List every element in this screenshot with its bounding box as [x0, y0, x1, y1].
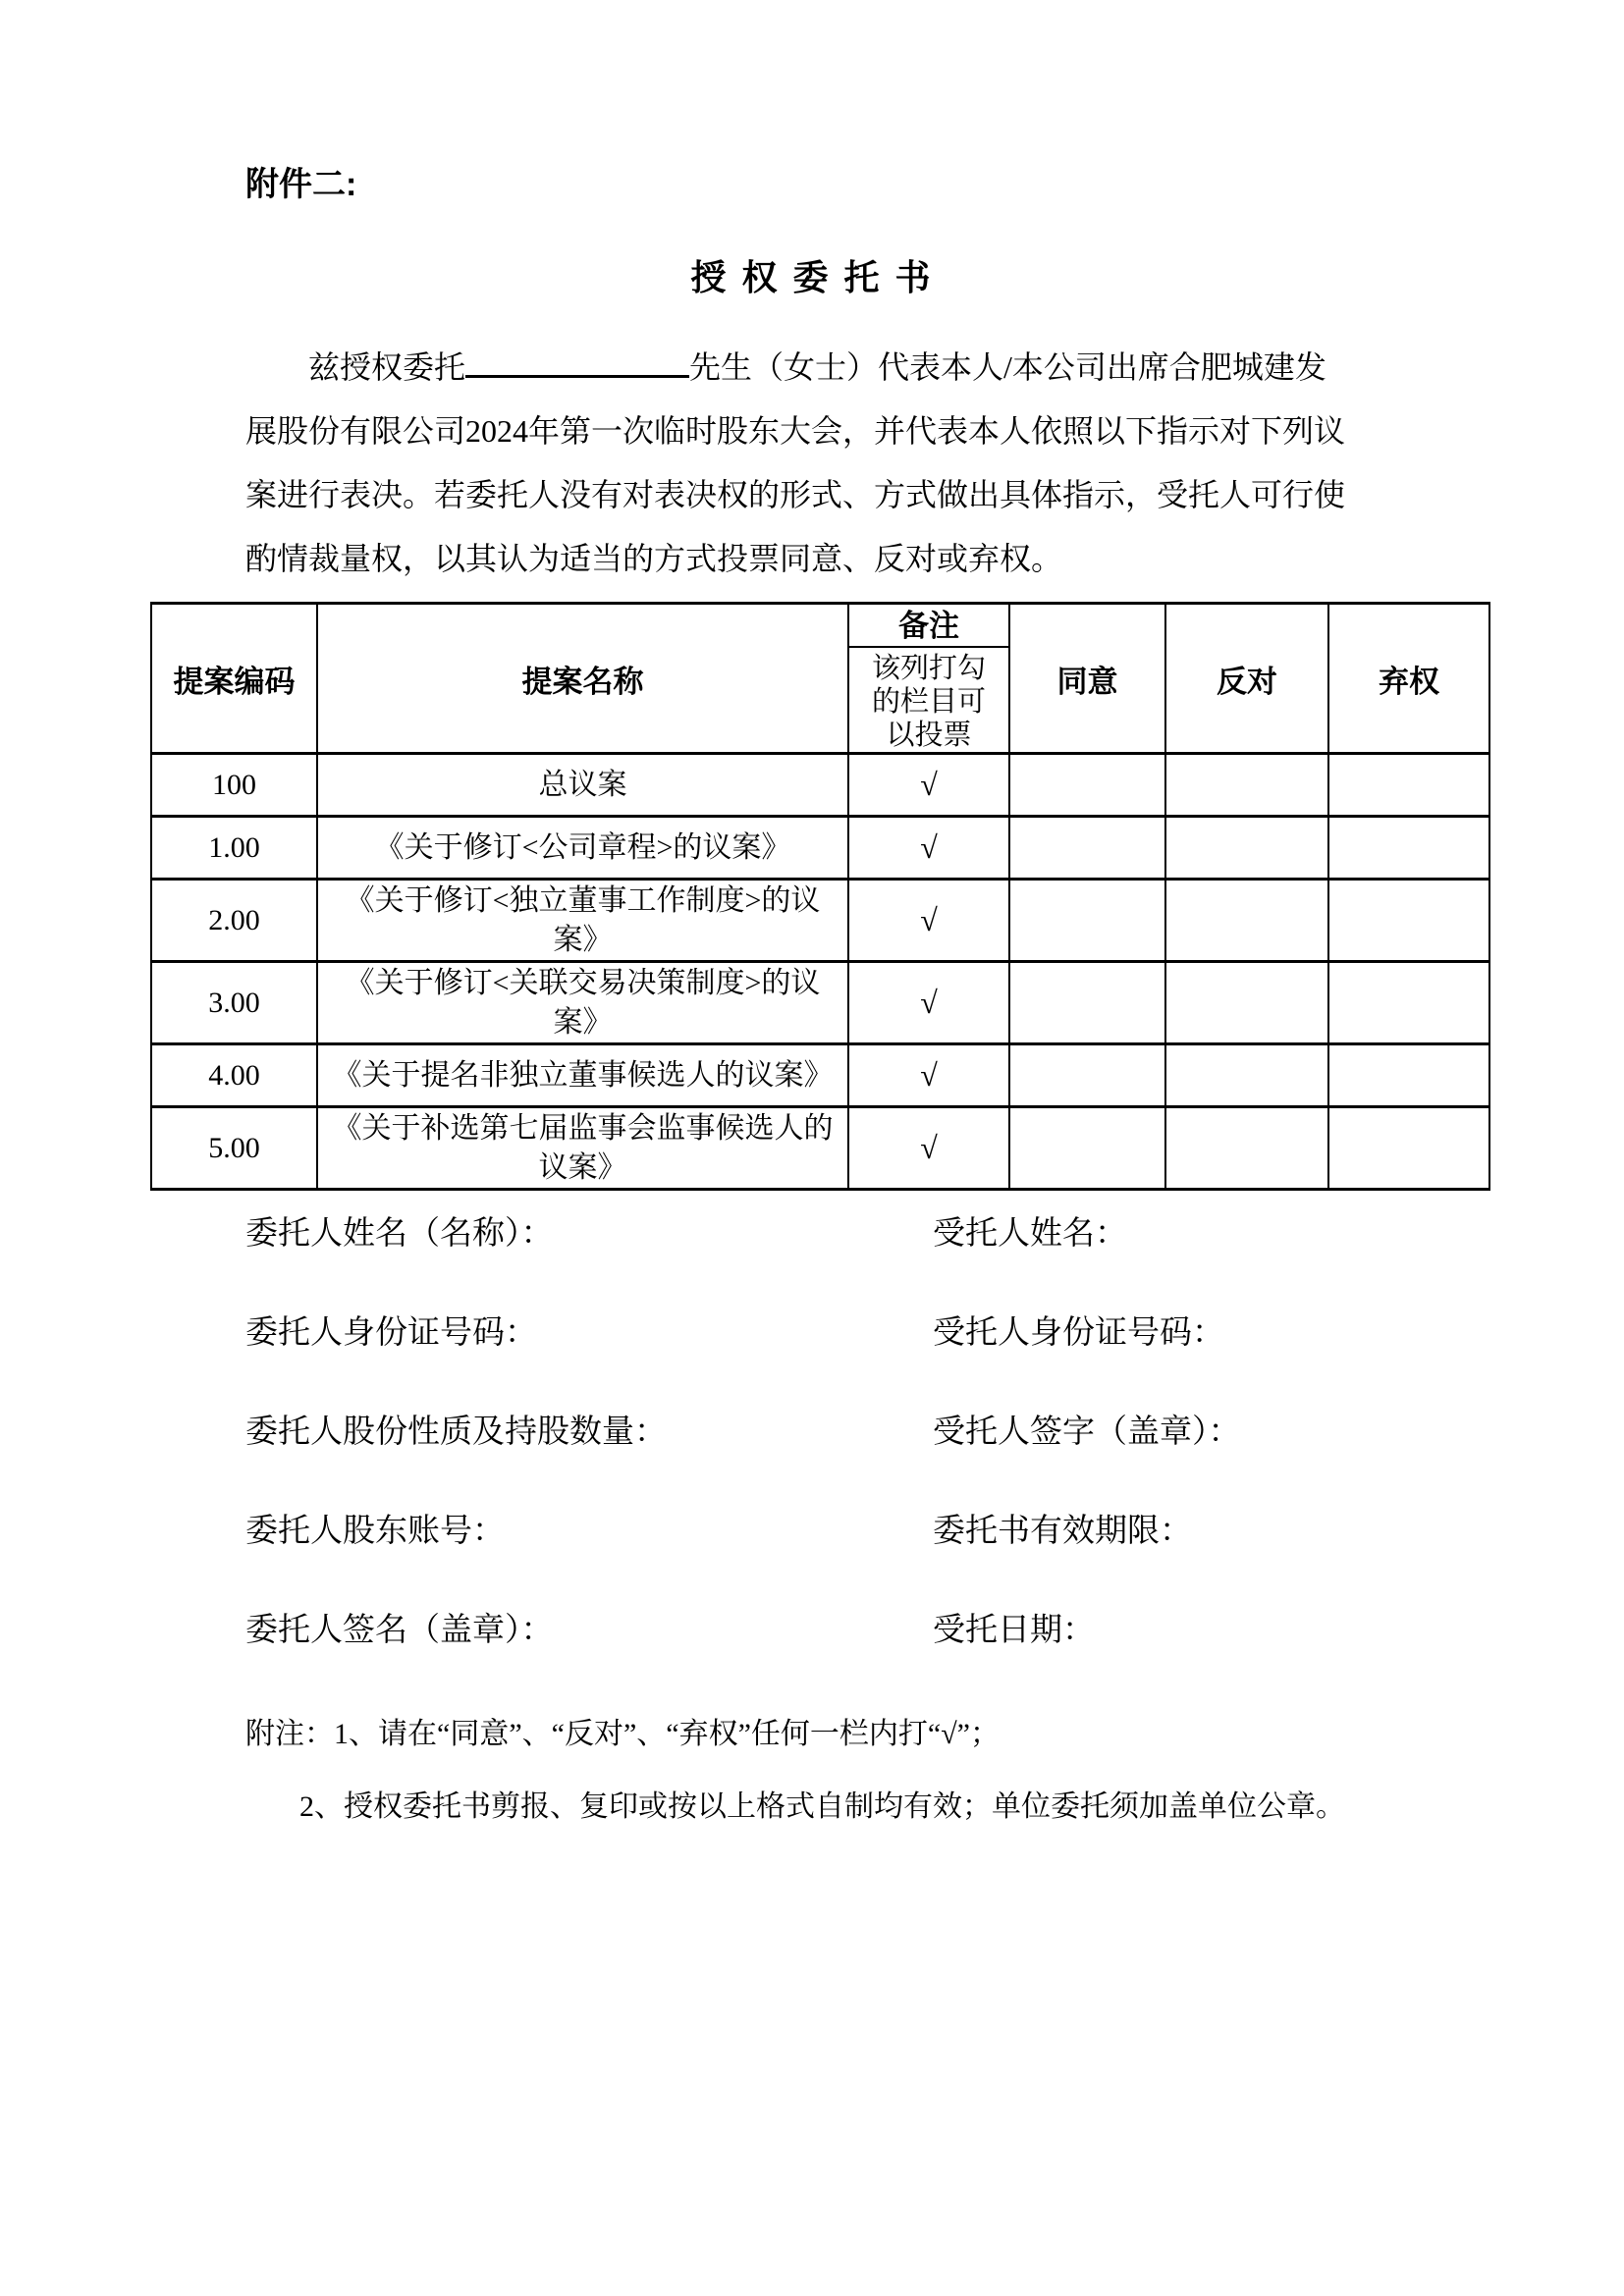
proxy-name-blank: [465, 340, 689, 378]
proposal-name: 《关于修订<独立董事工作制度>的议案》: [317, 880, 848, 962]
checkmark: √: [848, 817, 1009, 880]
column-header-code: 提案编码: [151, 604, 317, 754]
abstain-cell: [1328, 1044, 1489, 1107]
paragraph-intro: 兹授权委托: [308, 349, 465, 385]
principal-shares-label: 委托人股份性质及持股数量：: [245, 1406, 667, 1452]
table-row: 3.00 《关于修订<关联交易决策制度>的议案》 √: [151, 962, 1489, 1044]
agree-cell: [1009, 817, 1165, 880]
abstain-cell: [1328, 962, 1489, 1044]
abstain-cell: [1328, 817, 1489, 880]
page-title: 授 权 委 托 书: [0, 250, 1624, 300]
entrust-date-label: 受托日期：: [933, 1604, 1095, 1650]
proposal-name: 《关于修订<关联交易决策制度>的议案》: [317, 962, 848, 1044]
proposal-name: 《关于补选第七届监事会监事候选人的议案》: [317, 1107, 848, 1190]
table-row: 5.00 《关于补选第七届监事会监事候选人的议案》 √: [151, 1107, 1489, 1190]
paragraph-line-2: 展股份有限公司2024年第一次临时股东大会，并代表本人依照以下指示对下列议: [245, 400, 1394, 463]
column-header-remark: 备注 该列打勾的栏目可以投票: [848, 604, 1009, 754]
checkmark: √: [848, 754, 1009, 817]
column-header-against: 反对: [1165, 604, 1328, 754]
abstain-cell: [1328, 754, 1489, 817]
remark-header-note: 该列打勾的栏目可以投票: [849, 648, 1008, 752]
agree-cell: [1009, 880, 1165, 962]
proposal-name: 总议案: [317, 754, 848, 817]
agree-cell: [1009, 1044, 1165, 1107]
form-row: 委托人股份性质及持股数量： 受托人签字（盖章）：: [245, 1406, 1483, 1505]
agree-cell: [1009, 962, 1165, 1044]
paragraph-line-3: 案进行表决。若委托人没有对表决权的形式、方式做出具体指示，受托人可行使: [245, 463, 1394, 527]
table-header-row: 提案编码 提案名称 备注 该列打勾的栏目可以投票 同意 反对 弃权: [151, 604, 1489, 754]
footnote-2: 2、授权委托书剪报、复印或按以上格式自制均有效；单位委托须加盖单位公章。: [299, 1782, 1345, 1825]
against-cell: [1165, 880, 1328, 962]
against-cell: [1165, 817, 1328, 880]
abstain-cell: [1328, 880, 1489, 962]
checkmark: √: [848, 1107, 1009, 1190]
principal-name-label: 委托人姓名（名称）：: [245, 1207, 554, 1254]
form-row: 委托人姓名（名称）： 受托人姓名：: [245, 1207, 1483, 1307]
paragraph-line-4: 酌情裁量权，以其认为适当的方式投票同意、反对或弃权。: [245, 527, 1394, 591]
paragraph-line-1: 兹授权委托先生（女士）代表本人/本公司出席合肥城建发: [245, 336, 1394, 400]
against-cell: [1165, 962, 1328, 1044]
column-header-name: 提案名称: [317, 604, 848, 754]
agree-cell: [1009, 754, 1165, 817]
proposal-code: 2.00: [151, 880, 317, 962]
form-row: 委托人签名（盖章）： 受托日期：: [245, 1604, 1483, 1703]
remark-header-title: 备注: [849, 605, 1008, 648]
proposal-name: 《关于修订<公司章程>的议案》: [317, 817, 848, 880]
proposal-code: 3.00: [151, 962, 317, 1044]
table-row: 4.00 《关于提名非独立董事候选人的议案》 √: [151, 1044, 1489, 1107]
trustee-name-label: 受托人姓名：: [933, 1207, 1127, 1254]
document-page: 附件二: 授 权 委 托 书 兹授权委托先生（女士）代表本人/本公司出席合肥城建…: [0, 0, 1624, 2296]
proposal-code: 1.00: [151, 817, 317, 880]
against-cell: [1165, 1044, 1328, 1107]
column-header-abstain: 弃权: [1328, 604, 1489, 754]
signature-form: 委托人姓名（名称）： 受托人姓名： 委托人身份证号码： 受托人身份证号码： 委托…: [245, 1207, 1483, 1703]
proposal-vote-table: 提案编码 提案名称 备注 该列打勾的栏目可以投票 同意 反对 弃权 100 总议…: [150, 602, 1490, 1191]
column-header-agree: 同意: [1009, 604, 1165, 754]
agree-cell: [1009, 1107, 1165, 1190]
against-cell: [1165, 1107, 1328, 1190]
proposal-code: 100: [151, 754, 317, 817]
against-cell: [1165, 754, 1328, 817]
proxy-validity-label: 委托书有效期限：: [933, 1505, 1192, 1551]
proposal-code: 4.00: [151, 1044, 317, 1107]
paragraph-line-1-rest: 先生（女士）代表本人/本公司出席合肥城建发: [689, 349, 1326, 385]
trustee-signature-label: 受托人签字（盖章）：: [933, 1406, 1241, 1452]
checkmark: √: [848, 1044, 1009, 1107]
trustee-id-label: 受托人身份证号码：: [933, 1307, 1224, 1353]
form-row: 委托人身份证号码： 受托人身份证号码：: [245, 1307, 1483, 1406]
proposal-name: 《关于提名非独立董事候选人的议案》: [317, 1044, 848, 1107]
proposal-code: 5.00: [151, 1107, 317, 1190]
form-row: 委托人股东账号： 委托书有效期限：: [245, 1505, 1483, 1604]
principal-signature-label: 委托人签名（盖章）：: [245, 1604, 554, 1650]
table-row: 1.00 《关于修订<公司章程>的议案》 √: [151, 817, 1489, 880]
principal-account-label: 委托人股东账号：: [245, 1505, 505, 1551]
checkmark: √: [848, 880, 1009, 962]
principal-id-label: 委托人身份证号码：: [245, 1307, 537, 1353]
intro-paragraph: 兹授权委托先生（女士）代表本人/本公司出席合肥城建发 展股份有限公司2024年第…: [245, 336, 1394, 591]
table-row: 100 总议案 √: [151, 754, 1489, 817]
table-row: 2.00 《关于修订<独立董事工作制度>的议案》 √: [151, 880, 1489, 962]
checkmark: √: [848, 962, 1009, 1044]
footnote-1: 附注：1、请在“同意”、“反对”、“弃权”任何一栏内打“√”；: [245, 1709, 1000, 1752]
abstain-cell: [1328, 1107, 1489, 1190]
attachment-label: 附件二:: [245, 157, 356, 205]
